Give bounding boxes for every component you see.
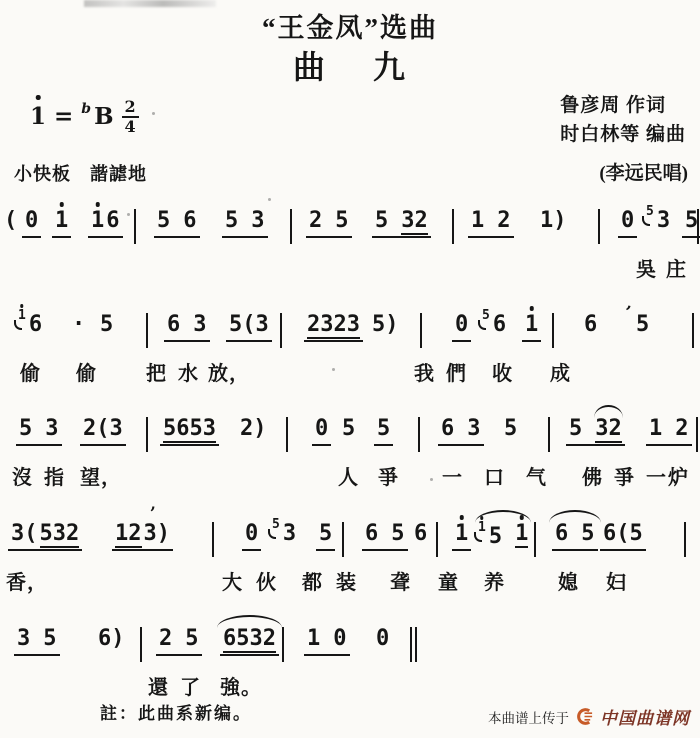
page-title: “王金凤”选曲: [0, 6, 700, 45]
note: (: [4, 210, 17, 232]
music-line-4: 3(53212ʼ3)05356561151656(5香，大伙都装聋童养媳妇: [0, 509, 700, 613]
note: 5: [504, 418, 517, 440]
note-group: 5(3: [226, 314, 272, 342]
key-letter: B: [94, 103, 113, 130]
note-group: 532: [372, 210, 431, 238]
note-group: 0: [312, 418, 331, 446]
note: 6: [106, 210, 119, 232]
note: 32: [401, 210, 428, 235]
flat-sign: b: [81, 101, 91, 117]
note-group: 6(5: [600, 523, 646, 551]
barline: [548, 417, 550, 452]
lyric: 還: [148, 671, 169, 700]
note: 2(3: [83, 418, 123, 440]
song-subtitle: 曲 九: [0, 42, 700, 88]
note: 0: [621, 210, 634, 232]
barline: [282, 627, 284, 662]
note-group: 12ʼ3): [112, 523, 173, 551]
tempo-marking: 小快板 諧謔地: [14, 160, 147, 186]
note: 3: [17, 628, 30, 650]
note: 0: [25, 210, 38, 232]
note: 6): [98, 628, 125, 650]
note-group: 56: [154, 210, 200, 238]
note-group: 53: [16, 418, 62, 446]
lyric: 大: [222, 566, 243, 595]
note: 5: [43, 628, 56, 650]
note-group: 6: [584, 314, 597, 336]
note: 56: [482, 314, 506, 336]
note-group: 56: [482, 314, 506, 336]
note: 16: [18, 314, 42, 336]
barline: [134, 209, 136, 244]
lyric: 口: [484, 461, 505, 490]
music-line-3: 532(356532)05563553212沒指望，人爭一口气佛爭一炉: [0, 404, 700, 508]
lyric: 一: [442, 461, 463, 490]
score-page: “王金凤”选曲 曲 九 1 = b B 2 4 鲁彦周 作词 时白林等 编曲 小…: [0, 0, 700, 738]
barline: [696, 417, 698, 452]
lyric: 童: [438, 566, 459, 595]
note-group: 5: [504, 418, 517, 440]
lyric: 望，: [80, 461, 122, 490]
note-group: 1: [52, 210, 71, 238]
note: 2323: [307, 314, 360, 339]
lyric: 放，: [208, 357, 250, 386]
barline: [692, 313, 694, 348]
note: 53: [272, 523, 296, 545]
lyric: 了: [180, 671, 201, 700]
note: 5: [581, 523, 594, 545]
note-group: 0: [618, 210, 637, 238]
key-signature: 1 = b B 2 4: [30, 98, 139, 135]
meter-numerator: 2: [122, 98, 139, 118]
lyric: 爭: [378, 461, 399, 490]
note: 2: [309, 210, 322, 232]
note: 5: [391, 523, 404, 545]
meter-denominator: 4: [125, 118, 136, 136]
note: 6: [414, 523, 427, 545]
note-group: 63: [164, 314, 210, 342]
barline: [598, 209, 600, 244]
lyric: 香，: [6, 566, 48, 595]
footnote: 註：此曲系新编。: [100, 699, 252, 724]
note-group: 1): [540, 210, 567, 232]
barline: [146, 417, 148, 452]
barline: [418, 417, 420, 452]
note-group: 10: [304, 628, 350, 656]
note-group: 12: [468, 210, 514, 238]
note: 3: [467, 418, 480, 440]
grace-note: 1: [478, 521, 486, 534]
lyric: 指: [44, 461, 65, 490]
note: 5: [342, 418, 355, 440]
note: 6: [167, 314, 180, 336]
lyric: 爭: [614, 461, 635, 490]
note-group: 53: [646, 210, 670, 232]
barline: [212, 522, 214, 557]
note-group: 5: [342, 418, 355, 440]
note: 2: [159, 628, 172, 650]
note: 32: [595, 418, 622, 443]
note-group: 3(532: [8, 523, 82, 551]
note: 5: [19, 418, 32, 440]
note: 5: [569, 418, 582, 440]
barline: [290, 209, 292, 244]
note: ʼ3): [144, 523, 171, 545]
note-group: 16: [88, 210, 123, 238]
barline: [280, 313, 282, 348]
note: 6: [183, 210, 196, 232]
lyric: 吳: [636, 253, 657, 282]
note: 15: [478, 526, 502, 548]
grace-note: 5: [646, 205, 654, 218]
note: 0: [333, 628, 346, 650]
lyric: 人: [338, 461, 359, 490]
note-group: 0: [242, 523, 261, 551]
slur-arc: [594, 405, 623, 418]
lyric: 聋: [390, 566, 411, 595]
note-group: 65: [362, 523, 408, 551]
note-group: 5653: [160, 418, 219, 446]
note-group: 151: [478, 523, 528, 548]
scan-speck: [152, 112, 155, 115]
grace-note: 5: [482, 309, 490, 322]
site-logo-icon: [575, 707, 594, 726]
note: 5: [225, 210, 238, 232]
note: 0: [376, 628, 389, 650]
music-line-2: 16·5635(323235)05616ʼ5偷偷把水放，我們收成: [0, 300, 700, 404]
note: ·: [72, 314, 85, 336]
note-group: ·: [72, 314, 85, 336]
note: 2): [240, 418, 267, 440]
note-group: 0: [376, 628, 389, 650]
note: 0: [315, 418, 328, 440]
note-group: 63: [438, 418, 484, 446]
lyric: 成: [550, 357, 571, 386]
lyricist-credit: 鲁彦周 作词: [560, 92, 686, 121]
note: 5: [185, 628, 198, 650]
note: 6: [584, 314, 597, 336]
lyric: 庄: [666, 253, 687, 282]
lyric: 偷: [20, 357, 41, 386]
note: 3: [251, 210, 264, 232]
note-group: 65: [552, 523, 598, 551]
note: 6: [555, 523, 568, 545]
lyric: 装: [336, 566, 357, 595]
note: 532: [40, 523, 80, 548]
note-group: 53: [272, 523, 296, 545]
accent-mark: ʼ: [622, 305, 631, 323]
note-group: (: [4, 210, 17, 232]
note-group: 5: [100, 314, 113, 336]
note: 5653: [163, 418, 216, 443]
music-line-1: (0116565325532121)0535吳庄: [0, 196, 700, 300]
note: 1: [55, 210, 68, 232]
note-group: 35: [14, 628, 60, 656]
note: 6532: [223, 628, 276, 653]
note: 5: [100, 314, 113, 336]
performer-note: (李远民唱): [599, 158, 688, 185]
barline: [146, 313, 148, 348]
note: 1: [649, 418, 662, 440]
lyric: 把: [146, 357, 167, 386]
lyric: 都: [302, 566, 323, 595]
note: 1): [540, 210, 567, 232]
note-group: 5): [372, 314, 399, 336]
lyric: 一: [646, 461, 667, 490]
lyric: 們: [446, 357, 467, 386]
note-group: 0: [22, 210, 41, 238]
site-name: 中国曲谱网: [600, 704, 690, 729]
note-group: 6532: [220, 628, 279, 656]
lyric: 炉: [668, 461, 689, 490]
note: 3: [193, 314, 206, 336]
note-group: ʼ5: [636, 314, 649, 336]
note: 5(3: [229, 314, 269, 336]
note: 1: [471, 210, 484, 232]
accent-mark: ʼ: [150, 506, 156, 523]
lyric: 媳: [558, 566, 579, 595]
note-group: 1: [452, 523, 471, 551]
arranger-credit: 时白林等 编曲: [560, 121, 686, 150]
barline: [342, 522, 344, 557]
grace-note: 1: [18, 309, 26, 322]
note-group: 1: [522, 314, 541, 342]
barline: [452, 209, 454, 244]
lyric: 收: [492, 357, 513, 386]
lyric: 妇: [606, 566, 627, 595]
lyric: 沒: [12, 461, 33, 490]
note-group: 6: [414, 523, 427, 545]
watermark: 本曲谱上传于 中国曲谱网: [488, 704, 690, 729]
credits: 鲁彦周 作词 时白林等 编曲: [560, 92, 686, 149]
equals-sign: =: [54, 103, 73, 130]
grace-note: 5: [272, 518, 280, 531]
barline: [697, 209, 699, 244]
barline: [534, 522, 536, 557]
note-group: 16: [18, 314, 42, 336]
note: 1: [515, 523, 528, 548]
barline: [286, 417, 288, 452]
lyric: 伙: [256, 566, 277, 595]
note: 5: [375, 210, 388, 232]
lyric: 強。: [220, 671, 262, 700]
note: 5: [319, 523, 332, 545]
note-group: 53: [222, 210, 268, 238]
barline: [552, 313, 554, 348]
note-group: 5: [316, 523, 335, 551]
note: 1: [525, 314, 538, 336]
note: 0: [455, 314, 468, 336]
note: 1: [91, 210, 104, 232]
note-group: 532: [566, 418, 625, 446]
watermark-prefix: 本曲谱上传于: [488, 707, 569, 727]
note: 12: [115, 523, 142, 548]
note: 2: [675, 418, 688, 440]
lyric: 偷: [76, 357, 97, 386]
time-signature: 2 4: [122, 98, 139, 135]
note-group: 2(3: [80, 418, 126, 446]
note: 5: [335, 210, 348, 232]
note: 3(: [11, 523, 38, 545]
lyric: 水: [178, 357, 199, 386]
note: 5): [372, 314, 399, 336]
note-group: 2): [240, 418, 267, 440]
note: 6(5: [603, 523, 643, 545]
key-tonic: 1: [30, 103, 46, 130]
note: 6: [441, 418, 454, 440]
note-group: 2323: [304, 314, 363, 342]
note: 53: [646, 210, 670, 232]
lyric: 养: [484, 566, 505, 595]
barline: [684, 522, 686, 557]
note-group: 25: [306, 210, 352, 238]
note: 6: [365, 523, 378, 545]
note-group: 12: [646, 418, 692, 446]
note: 1: [307, 628, 320, 650]
note-group: 5: [374, 418, 393, 446]
barline: [420, 313, 422, 348]
note: 5: [157, 210, 170, 232]
note-group: 6): [98, 628, 125, 650]
lyric: 气: [526, 461, 547, 490]
note: ʼ5: [636, 314, 649, 336]
note: 3: [45, 418, 58, 440]
barline: [140, 627, 142, 662]
barline: [436, 522, 438, 557]
note: 5: [377, 418, 390, 440]
note-group: 25: [156, 628, 202, 656]
note: 0: [245, 523, 258, 545]
final-barline: [410, 627, 412, 662]
note: 2: [497, 210, 510, 232]
lyric: 我: [414, 357, 435, 386]
note: 1: [455, 523, 468, 545]
lyric: 佛: [582, 461, 603, 490]
note-group: 0: [452, 314, 471, 342]
